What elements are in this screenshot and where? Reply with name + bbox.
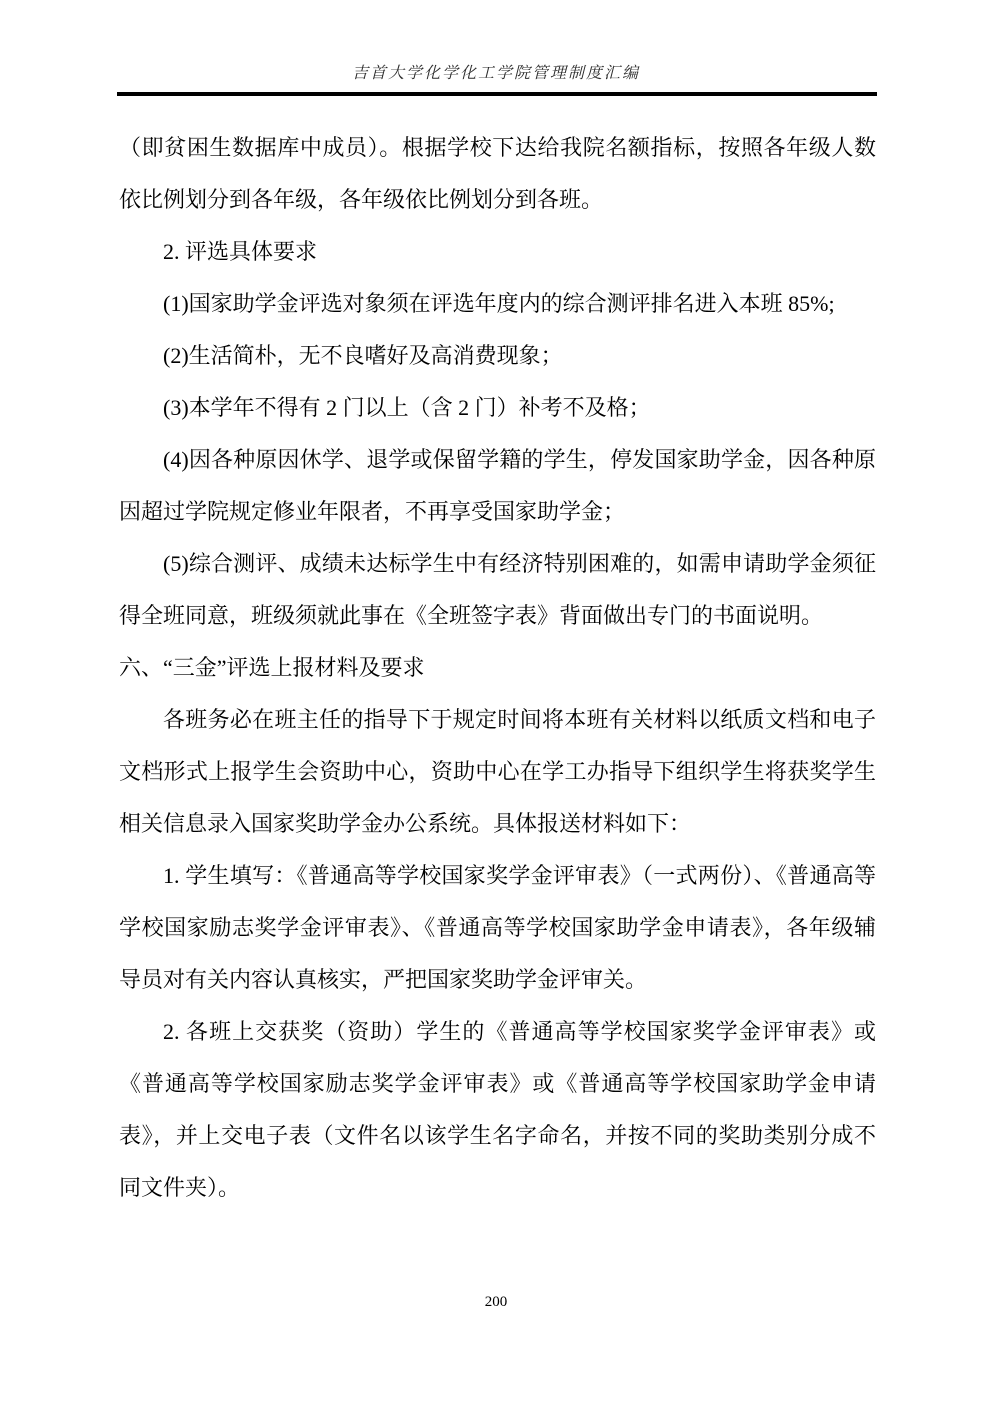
header-rule [117, 92, 877, 96]
paragraph: (4)因各种原因休学、退学或保留学籍的学生，停发国家助学金，因各种原因超过学院规… [119, 434, 876, 538]
paragraph: (2)生活简朴，无不良嗜好及高消费现象； [119, 330, 876, 382]
paragraph: 2. 评选具体要求 [119, 226, 876, 278]
section-heading: 六、“三金”评选上报材料及要求 [119, 642, 876, 694]
paragraph: 1. 学生填写：《普通高等学校国家奖学金评审表》（一式两份）、《普通高等学校国家… [119, 850, 876, 1006]
paragraph: (3)本学年不得有 2 门以上（含 2 门）补考不及格； [119, 382, 876, 434]
paragraph: (5)综合测评、成绩未达标学生中有经济特别困难的，如需申请助学金须征得全班同意，… [119, 538, 876, 642]
paragraph: 各班务必在班主任的指导下于规定时间将本班有关材料以纸质文档和电子文档形式上报学生… [119, 694, 876, 850]
running-header-title: 吉首大学化学化工学院管理制度汇编 [0, 60, 992, 83]
paragraph: （即贫困生数据库中成员）。根据学校下达给我院名额指标，按照各年级人数依比例划分到… [119, 122, 876, 226]
document-body: （即贫困生数据库中成员）。根据学校下达给我院名额指标，按照各年级人数依比例划分到… [119, 122, 876, 1214]
document-page: 吉首大学化学化工学院管理制度汇编 （即贫困生数据库中成员）。根据学校下达给我院名… [0, 0, 992, 1403]
paragraph: (1)国家助学金评选对象须在评选年度内的综合测评排名进入本班 85%; [119, 278, 876, 330]
page-number: 200 [0, 1294, 992, 1311]
paragraph: 2. 各班上交获奖（资助）学生的《普通高等学校国家奖学金评审表》或《普通高等学校… [119, 1006, 876, 1214]
